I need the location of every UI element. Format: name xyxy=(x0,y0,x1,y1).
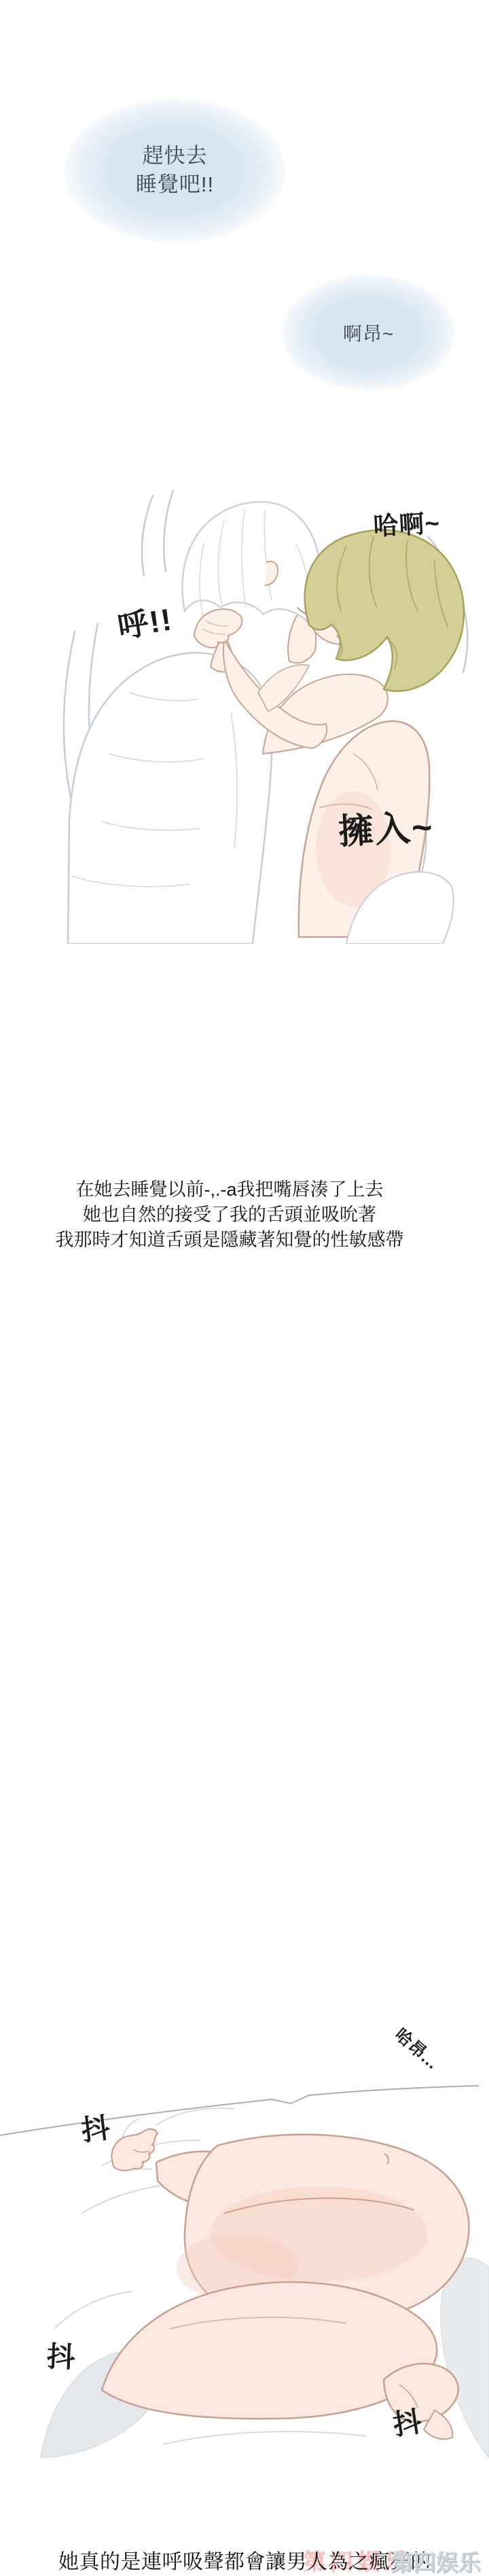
sleep-illustration xyxy=(0,2010,489,2458)
speech-bubble-moan: 啊昂~ xyxy=(282,275,455,390)
speech-bubble-sleep: 趕快去 睡覺吧!! xyxy=(65,98,285,242)
sfx-tremble-1: 抖 xyxy=(79,2105,112,2150)
narration-line: 在她去睡覺以前-,.-a我把嘴唇湊了上去 xyxy=(26,1177,433,1202)
narration-line: 她也自然的接受了我的舌頭並吸吮著 xyxy=(26,1202,433,1228)
narration-block: 在她去睡覺以前-,.-a我把嘴唇湊了上去 她也自然的接受了我的舌頭並吸吮著 我那… xyxy=(26,1177,433,1253)
comic-page: 趕快去 睡覺吧!! 啊昂~ xyxy=(0,0,489,2576)
caption-text: 她真的是連呼吸聲都會讓男人為之瘋狂的 xyxy=(58,2545,431,2575)
speech-bubble-sleep-text: 趕快去 睡覺吧!! xyxy=(136,142,214,199)
body-figure xyxy=(102,2129,469,2440)
speech-bubble-moan-text: 啊昂~ xyxy=(343,319,394,346)
sfx-haa: 哈啊~ xyxy=(372,502,441,542)
narration-line: 我那時才知道舌頭是隱藏著知覺的性敏感帶 xyxy=(26,1228,433,1253)
watermark-gray: 第四娱乐 xyxy=(391,2545,481,2576)
sfx-hu: 呼!! xyxy=(114,594,175,646)
sfx-tremble-2: 抖 xyxy=(46,2334,76,2376)
sfx-yongru: 擁入~ xyxy=(337,798,435,854)
